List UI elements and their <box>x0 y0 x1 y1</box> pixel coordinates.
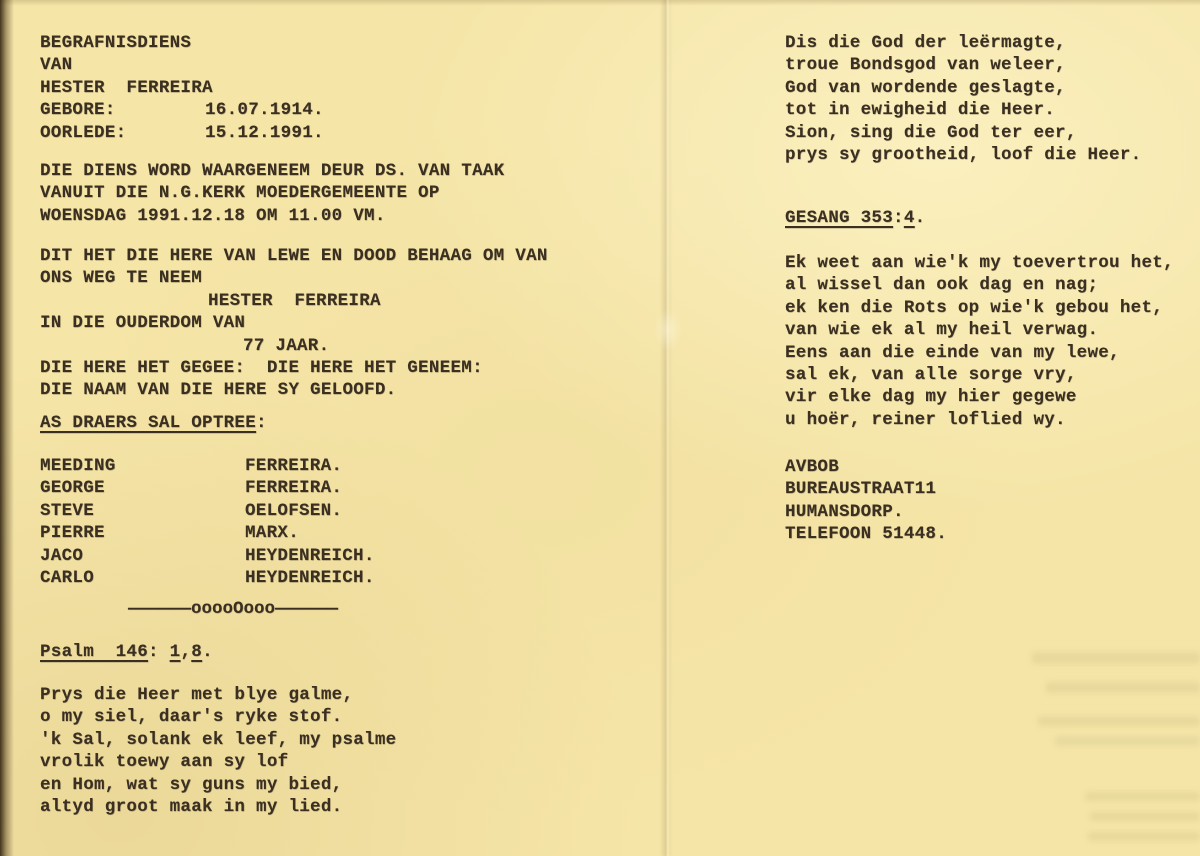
psalm-period: . <box>202 642 213 662</box>
pallbearers-heading: AS DRAERS SAL OPTREE: <box>40 412 267 434</box>
service-line: WOENSDAG 1991.12.18 OM 11.00 VM. <box>40 205 504 227</box>
show-through-smudge <box>1055 736 1200 746</box>
gesang-line: Ek weet aan wie'k my toevertrou het, <box>785 252 1174 274</box>
pallbearer-row: JACOHEYDENREICH. <box>40 545 375 567</box>
undertaker-street: BUREAUSTRAAT11 <box>785 478 947 500</box>
psalm-line: 'k Sal, solank ek leef, my psalme <box>40 729 396 751</box>
undertaker-name: AVBOB <box>785 456 947 478</box>
psalm-comma: , <box>180 642 191 662</box>
psalm-heading: Psalm 146: 1,8. <box>40 641 213 663</box>
pallbearer-last: HEYDENREICH. <box>245 568 375 588</box>
gesang-line: vir elke dag my hier gegewe <box>785 386 1174 408</box>
deceased-name: HESTER FERREIRA <box>40 77 324 99</box>
fold-highlight <box>648 300 688 360</box>
verse-line: tot in ewigheid die Heer. <box>785 99 1141 121</box>
section-divider: ——————ooooOooo—————— <box>40 598 338 620</box>
gesang-line: al wissel dan ook dag en nag; <box>785 274 1174 296</box>
born-row: GEBORE:16.07.1914. <box>40 99 324 121</box>
psalm-ref: Psalm 146 <box>40 642 148 662</box>
show-through-smudge <box>1085 792 1200 801</box>
title-line: VAN <box>40 54 324 76</box>
verse-line: Sion, sing die God ter eer, <box>785 122 1141 144</box>
verse-line: prys sy grootheid, loof die Heer. <box>785 144 1141 166</box>
centre-fold-crease <box>660 0 672 856</box>
scan-left-shadow <box>0 0 14 856</box>
psalm-sep: : <box>148 642 170 662</box>
pallbearer-row: MEEDINGFERREIRA. <box>40 455 375 477</box>
funeral-program-scan: BEGRAFNISDIENS VAN HESTER FERREIRA GEBOR… <box>0 0 1200 856</box>
committal-line: DIT HET DIE HERE VAN LEWE EN DOOD BEHAAG… <box>40 245 548 267</box>
psalm-verse-1: 1 <box>170 642 181 662</box>
pallbearer-last: FERREIRA. <box>245 478 342 498</box>
gesang-ref: GESANG 353 <box>785 208 893 228</box>
service-line: VANUIT DIE N.G.KERK MOEDERGEMEENTE OP <box>40 182 504 204</box>
pallbearers-list: MEEDINGFERREIRA. GEORGEFERREIRA. STEVEOE… <box>40 455 375 589</box>
pallbearer-first: GEORGE <box>40 477 245 499</box>
committal-line: IN DIE OUDERDOM VAN <box>40 312 548 334</box>
gesang-verse: 4 <box>904 208 915 228</box>
committal-line: ONS WEG TE NEEM <box>40 267 548 289</box>
divider-ornament: ——————ooooOooo—————— <box>40 598 338 620</box>
undertaker-town: HUMANSDORP. <box>785 501 947 523</box>
service-line: DIE DIENS WORD WAARGENEEM DEUR DS. VAN T… <box>40 160 504 182</box>
committal-line: DIE NAAM VAN DIE HERE SY GELOOFD. <box>40 379 548 401</box>
pallbearers-heading-text: AS DRAERS SAL OPTREE <box>40 413 256 433</box>
gesang-colon: : <box>893 208 904 228</box>
committal-age: 77 JAAR. <box>40 335 548 357</box>
psalm-line: altyd groot maak in my lied. <box>40 796 396 818</box>
show-through-smudge <box>1046 682 1200 693</box>
show-through-smudge <box>1090 812 1200 821</box>
show-through-smudge <box>1032 652 1200 664</box>
gesang-line: sal ek, van alle sorge vry, <box>785 364 1174 386</box>
psalm-line: vrolik toewy aan sy lof <box>40 751 396 773</box>
pallbearer-row: PIERREMARX. <box>40 522 375 544</box>
psalm-line: en Hom, wat sy guns my bied, <box>40 774 396 796</box>
gesang-stanza: Ek weet aan wie'k my toevertrou het, al … <box>785 252 1174 431</box>
psalm-line: Prys die Heer met blye galme, <box>40 684 396 706</box>
psalm-stanza: Prys die Heer met blye galme, o my siel,… <box>40 684 396 818</box>
pallbearer-row: GEORGEFERREIRA. <box>40 477 375 499</box>
died-date: 15.12.1991. <box>205 123 324 143</box>
pallbearer-last: HEYDENREICH. <box>245 546 375 566</box>
pallbearer-first: MEEDING <box>40 455 245 477</box>
pallbearer-first: JACO <box>40 545 245 567</box>
psalm-verse-8: 8 <box>191 642 202 662</box>
gesang-heading: GESANG 353:4. <box>785 207 925 229</box>
undertaker-phone: TELEFOON 51448. <box>785 523 947 545</box>
scan-top-shadow <box>0 0 1200 6</box>
pallbearer-first: CARLO <box>40 567 245 589</box>
pallbearer-last: MARX. <box>245 523 299 543</box>
committal-name: HESTER FERREIRA <box>40 290 548 312</box>
verse-line: troue Bondsgod van weleer, <box>785 54 1141 76</box>
died-row: OORLEDE:15.12.1991. <box>40 122 324 144</box>
psalm146-verse-block: Dis die God der leërmagte, troue Bondsgo… <box>785 32 1141 166</box>
born-date: 16.07.1914. <box>205 100 324 120</box>
gesang-line: ek ken die Rots op wie'k gebou het, <box>785 297 1174 319</box>
pallbearer-row: STEVEOELOFSEN. <box>40 500 375 522</box>
psalm-line: o my siel, daar's ryke stof. <box>40 706 396 728</box>
born-label: GEBORE: <box>40 99 205 121</box>
verse-line: Dis die God der leërmagte, <box>785 32 1141 54</box>
gesang-line: u hoër, reiner loflied wy. <box>785 409 1174 431</box>
pallbearer-last: FERREIRA. <box>245 456 342 476</box>
gesang-line: van wie ek al my heil verwag. <box>785 319 1174 341</box>
show-through-smudge <box>1038 716 1200 726</box>
service-block: DIE DIENS WORD WAARGENEEM DEUR DS. VAN T… <box>40 160 504 227</box>
show-through-smudge <box>1088 832 1200 841</box>
verse-line: God van wordende geslagte, <box>785 77 1141 99</box>
pallbearer-first: STEVE <box>40 500 245 522</box>
gesang-period: . <box>915 208 926 228</box>
pallbearer-last: OELOFSEN. <box>245 501 342 521</box>
died-label: OORLEDE: <box>40 122 205 144</box>
committal-block: DIT HET DIE HERE VAN LEWE EN DOOD BEHAAG… <box>40 245 548 402</box>
pallbearer-row: CARLOHEYDENREICH. <box>40 567 375 589</box>
pallbearers-heading-colon: : <box>256 413 267 433</box>
title-line: BEGRAFNISDIENS <box>40 32 324 54</box>
title-block: BEGRAFNISDIENS VAN HESTER FERREIRA GEBOR… <box>40 32 324 144</box>
committal-line: DIE HERE HET GEGEE: DIE HERE HET GENEEM: <box>40 357 548 379</box>
pallbearer-first: PIERRE <box>40 522 245 544</box>
undertaker-contact-block: AVBOB BUREAUSTRAAT11 HUMANSDORP. TELEFOO… <box>785 456 947 546</box>
gesang-line: Eens aan die einde van my lewe, <box>785 342 1174 364</box>
